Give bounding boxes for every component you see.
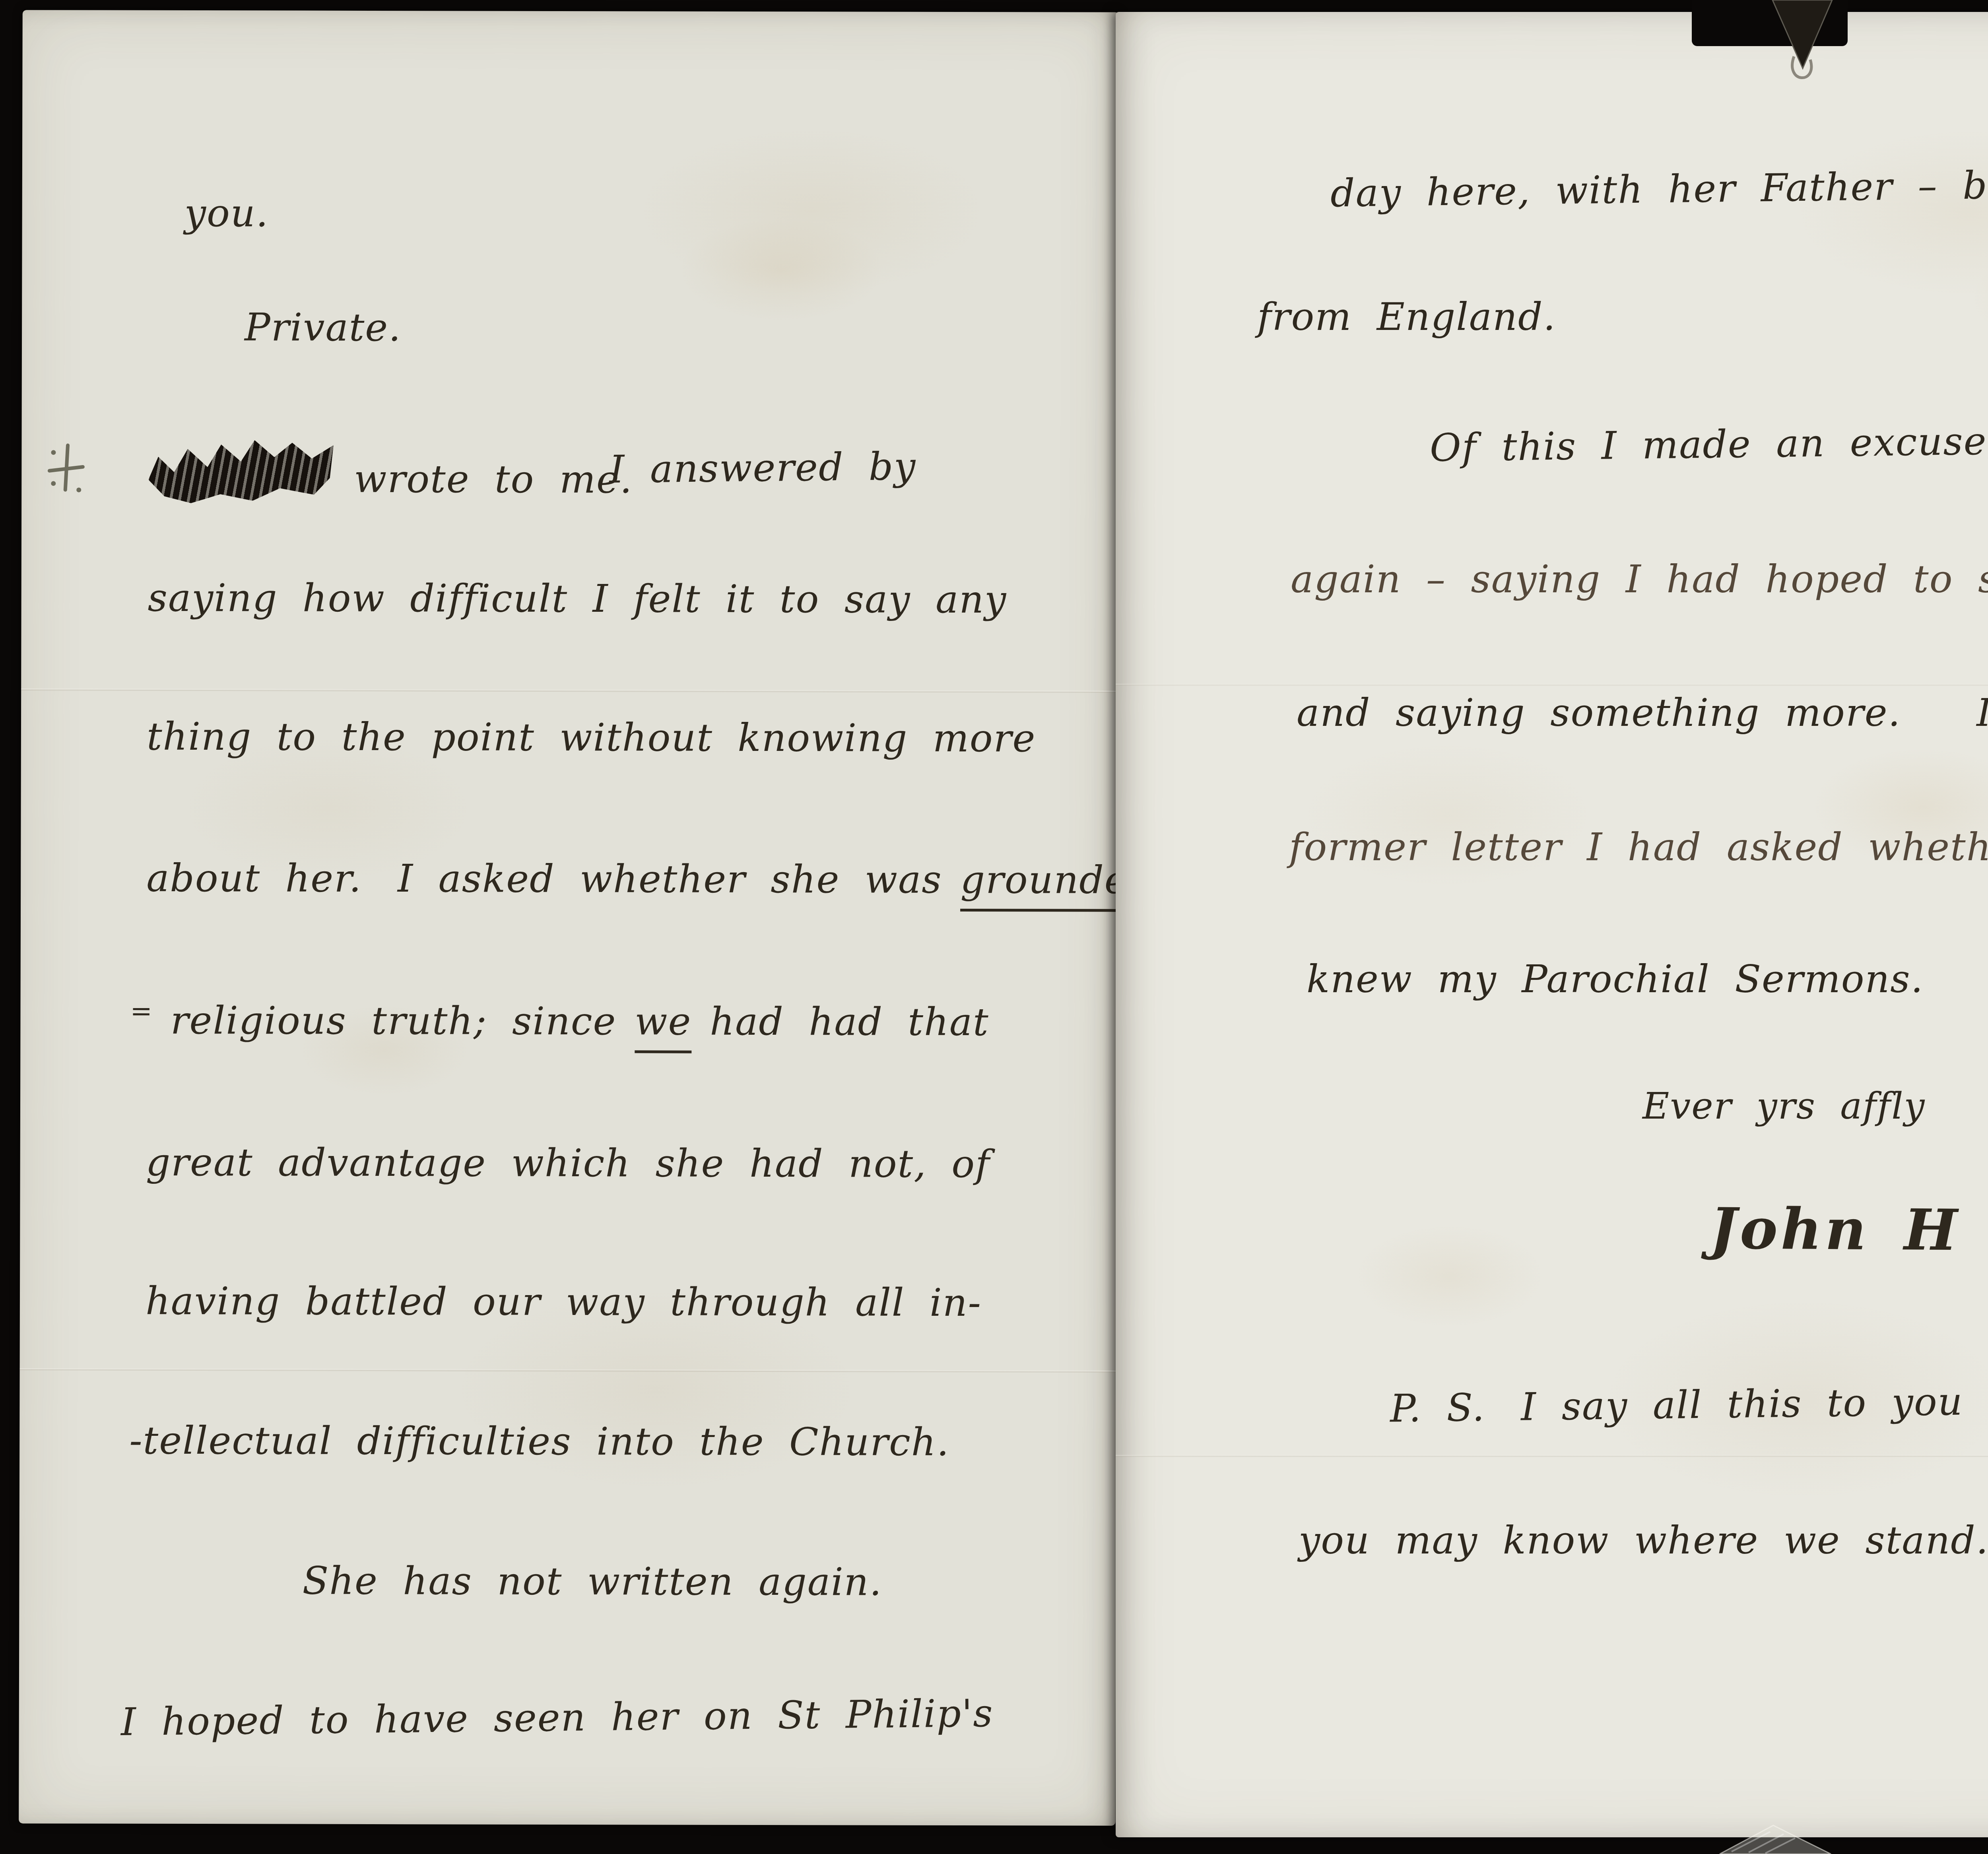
underlined-word: we <box>635 999 691 1053</box>
line-text: Of this I made an excuse, & wrote <box>1429 417 1988 470</box>
line-text: day here, with her Father – but he was <box>1330 161 1988 215</box>
handwritten-line: saying how difficult I felt it to say an… <box>148 576 1007 622</box>
handwritten-line: again – saying I had hoped to see her, <box>1291 557 1988 601</box>
line-text: had had that <box>710 1000 989 1044</box>
redaction-scribble-mark <box>146 436 336 507</box>
line-text: I answered by <box>609 444 916 491</box>
line-text: thing to the point without knowing more <box>147 715 1036 760</box>
fold-crease <box>1116 684 1988 686</box>
handwritten-line: and saying something more.In my <box>1297 691 1988 735</box>
handwritten-line: having battled our way through all in- <box>146 1279 982 1325</box>
line-text: again – saying I had hoped to see her, <box>1291 557 1988 601</box>
photo-corner-top-shadow <box>1692 0 1848 46</box>
line-text: wrote to me. <box>354 457 633 502</box>
handwritten-line: -tellectual difficulties into the Church… <box>129 1419 949 1464</box>
postscript-line: P. S.I say all this to you that <box>1390 1379 1988 1431</box>
line-text: knew my Parochial Sermons. <box>1307 957 1924 1001</box>
paper-stain <box>1354 1224 1545 1328</box>
handwritten-line: about her.I asked whether she wasgrounde… <box>146 856 1119 912</box>
handwritten-line: wrote to me. I answered by <box>21 437 1118 531</box>
photograph-background: you. Private. wrote to me. I answered by… <box>0 0 1988 1854</box>
handwritten-line: day here, with her Father – but he was <box>1330 161 1988 215</box>
postscript-line: you may know where we stand. <box>1299 1518 1988 1562</box>
line-text: having battled our way through all in- <box>146 1279 982 1325</box>
handwritten-line: you. <box>184 191 269 235</box>
fold-crease <box>20 1368 1116 1373</box>
handwritten-line: Of this I made an excuse, & wrote <box>1429 417 1988 470</box>
line-text: I say all this to you that <box>1520 1379 1988 1429</box>
right-page: day here, with her Father – but he was f… <box>1116 12 1988 1837</box>
line-text: John H Newman <box>1710 1197 1988 1265</box>
continuation-mark: = <box>130 996 152 1026</box>
handwritten-line: great advantage which she had not, of <box>146 1140 990 1186</box>
line-text: from England. <box>1257 295 1556 339</box>
signature: John H Newman <box>1710 1197 1988 1265</box>
closing-valediction: Ever yrs affly <box>1642 1085 1926 1127</box>
line-text: great advantage which she had not, of <box>146 1140 990 1186</box>
line-text: Ever yrs affly <box>1642 1085 1926 1127</box>
line-text: religious truth; since <box>171 999 617 1043</box>
line-text: Private. <box>245 305 402 349</box>
line-text: In my <box>1976 691 1988 735</box>
handwritten-line: Private. <box>245 305 402 349</box>
handwritten-line: =religious truth; sincewehad had that <box>130 996 989 1054</box>
line-text: -tellectual difficulties into the Church… <box>129 1419 949 1464</box>
handwritten-line: former letter I had asked whether she <box>1289 825 1988 869</box>
margin-cross-icon <box>45 442 85 495</box>
handwritten-line: She has not written again. <box>302 1559 882 1604</box>
handwritten-line: thing to the point without knowing more <box>147 715 1036 760</box>
underlined-word: grounded <box>960 858 1119 912</box>
handwritten-line: I hoped to have seen her on St Philip's <box>120 1691 994 1744</box>
line-text: I hoped to have seen her on St Philip's <box>120 1691 994 1744</box>
line-text: former letter I had asked whether she <box>1289 825 1988 869</box>
fold-crease <box>21 688 1118 693</box>
line-text: She has not written again. <box>302 1559 882 1604</box>
line-text: saying how difficult I felt it to say an… <box>148 576 1007 622</box>
handwritten-line: from England. <box>1257 295 1556 339</box>
paper-stain <box>678 218 885 322</box>
line-text: I asked whether she was <box>398 857 942 902</box>
paper-stain <box>1971 250 1988 346</box>
left-page: you. Private. wrote to me. I answered by… <box>19 10 1119 1826</box>
handwritten-line: knew my Parochial Sermons. <box>1307 957 1924 1001</box>
ps-label: P. S. <box>1390 1386 1485 1431</box>
fold-crease <box>1116 1455 1988 1457</box>
line-text: you may know where we stand. <box>1299 1518 1988 1562</box>
line-text: you. <box>184 191 269 235</box>
line-text: and saying something more. <box>1297 691 1901 735</box>
line-text: about her. <box>146 856 362 901</box>
